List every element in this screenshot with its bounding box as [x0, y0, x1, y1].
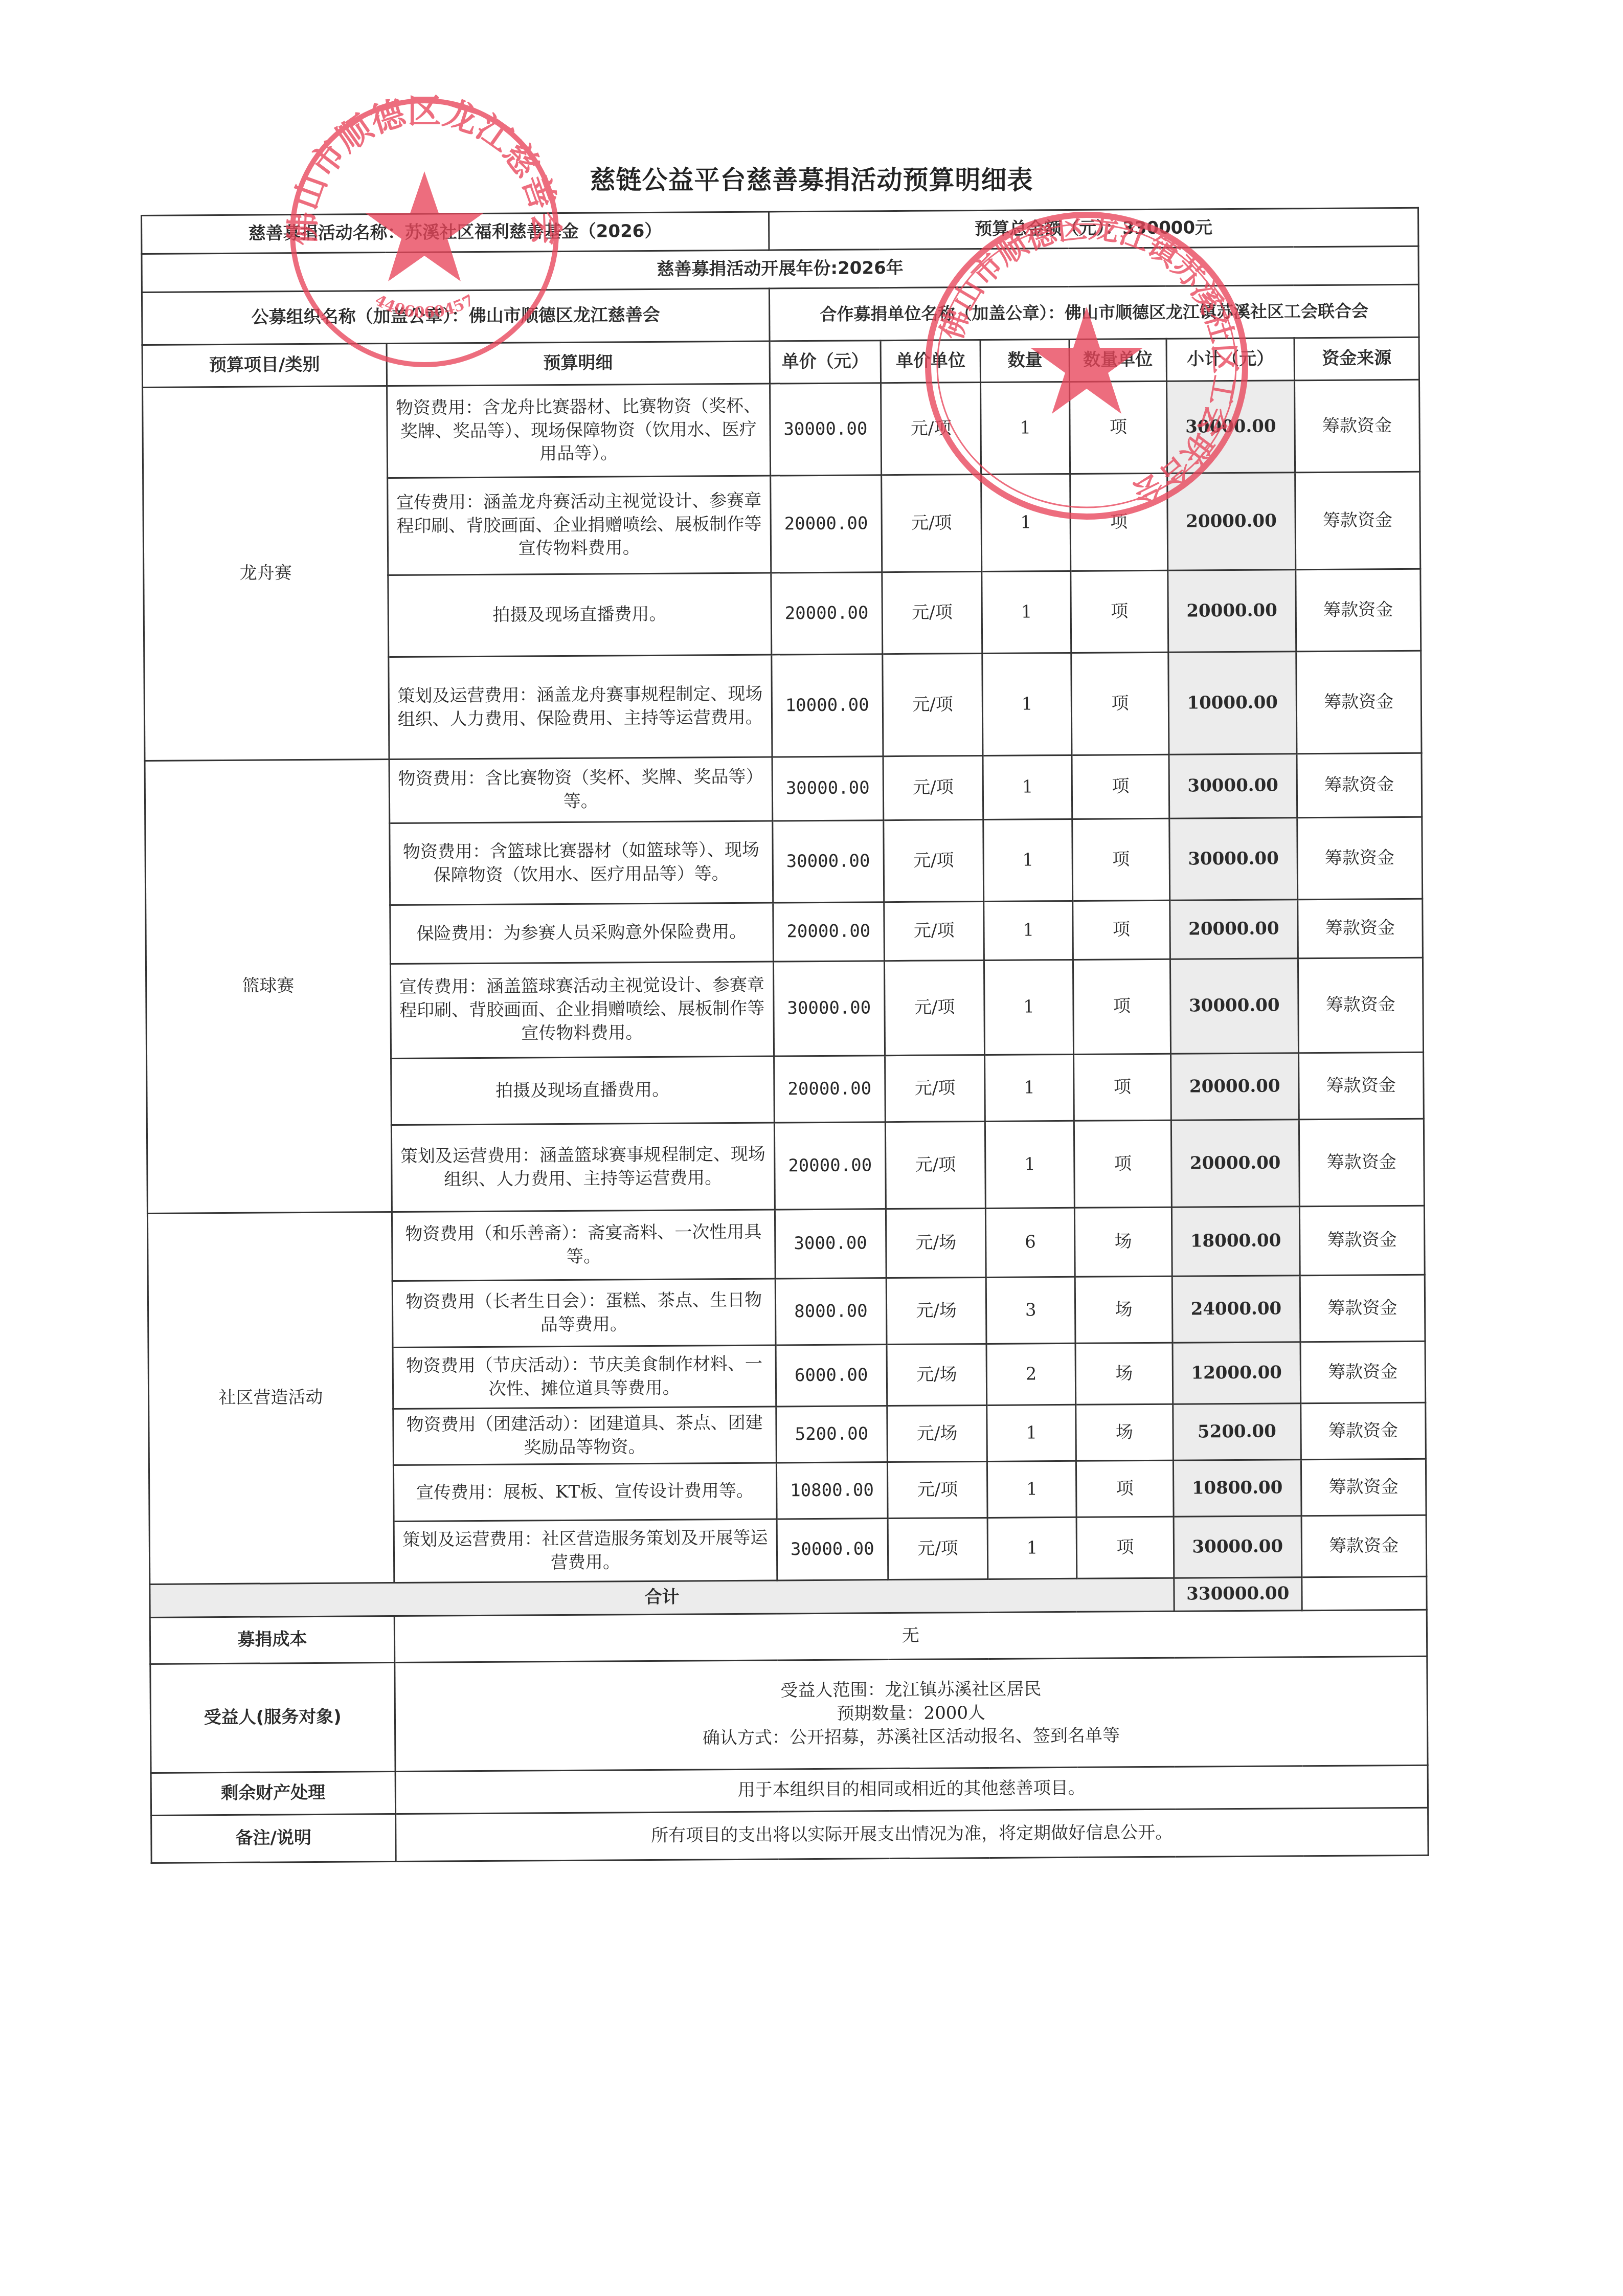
fund-source-cell: 筹款资金 [1295, 472, 1420, 569]
detail-cell: 保险费用：为参赛人员采购意外保险费用。 [390, 903, 773, 964]
unit-price-cell: 20000.00 [773, 902, 885, 962]
price-unit-cell: 元/项 [884, 901, 984, 961]
subtotal-cell: 30000.00 [1174, 1516, 1301, 1578]
detail-cell: 宣传费用：涵盖篮球赛活动主视觉设计、参赛章程印刷、背胶画面、企业捐赠喷绘、展板制… [390, 962, 774, 1059]
remarks-value: 所有项目的支出将以实际开展支出情况为准，将定期做好信息公开。 [395, 1808, 1428, 1861]
detail-cell: 物资费用：含龙舟比赛器材、比赛物资（奖杯、奖牌、奖品等）、现场保障物资（饮用水、… [387, 384, 770, 478]
unit-price-cell: 20000.00 [770, 475, 882, 573]
detail-cell: 物资费用：含篮球比赛器材（如篮球等）、现场保障物资（饮用水、医疗用品等）等。 [389, 821, 773, 905]
fund-source-cell: 筹款资金 [1294, 380, 1419, 472]
quantity-cell: 1 [982, 653, 1072, 755]
column-header: 数量 [980, 339, 1069, 382]
total-label: 合计 [150, 1578, 1174, 1617]
column-header: 单价单位 [881, 340, 981, 383]
quantity-unit-cell: 场 [1076, 1404, 1174, 1461]
subtotal-cell: 5200.00 [1173, 1403, 1301, 1461]
price-unit-cell: 元/项 [883, 653, 983, 756]
column-header: 资金来源 [1294, 337, 1419, 380]
detail-cell: 宣传费用：涵盖龙舟赛活动主视觉设计、参赛章程印刷、背胶画面、企业捐赠喷绘、展板制… [387, 476, 771, 575]
unit-price-cell: 30000.00 [770, 383, 881, 476]
organizer-cell: 公募组织名称（加盖公章）：佛山市顺德区龙江慈善会 [142, 288, 769, 345]
price-unit-cell: 元/项 [884, 960, 985, 1055]
quantity-unit-cell: 项 [1073, 900, 1170, 960]
fund-source-cell: 筹款资金 [1297, 753, 1422, 817]
unit-price-cell: 30000.00 [772, 756, 884, 821]
subtotal-cell: 24000.00 [1172, 1276, 1300, 1343]
unit-price-cell: 30000.00 [773, 961, 885, 1056]
partner-name: 佛山市顺德区龙江镇苏溪社区工会联合会 [1065, 301, 1368, 323]
detail-cell: 物资费用（节庆活动）：节庆美食制作材料、一次性、摊位道具等费用。 [393, 1345, 776, 1409]
quantity-unit-cell: 项 [1071, 570, 1168, 653]
detail-cell: 物资费用（和乐善斋）：斋宴斋料、一次性用具等。 [392, 1210, 775, 1281]
beneficiary-value: 受益人范围：龙江镇苏溪社区居民预期数量：2000人确认方式：公开招募，苏溪社区活… [394, 1656, 1428, 1771]
fund-source-cell: 筹款资金 [1298, 957, 1423, 1053]
quantity-cell: 1 [984, 960, 1074, 1055]
price-unit-cell: 元/场 [886, 1277, 986, 1344]
quantity-unit-cell: 项 [1073, 959, 1170, 1054]
table-row: 龙舟赛物资费用：含龙舟比赛器材、比赛物资（奖杯、奖牌、奖品等）、现场保障物资（饮… [143, 380, 1420, 479]
unit-price-cell: 20000.00 [774, 1056, 885, 1123]
price-unit-cell: 元/项 [882, 571, 982, 654]
subtotal-cell: 30000.00 [1166, 381, 1295, 474]
quantity-unit-cell: 项 [1072, 818, 1170, 901]
table-row: 社区营造活动物资费用（和乐善斋）：斋宴斋料、一次性用具等。3000.00元/场6… [147, 1206, 1425, 1282]
quantity-cell: 1 [985, 1054, 1074, 1121]
unit-price-cell: 10800.00 [776, 1462, 888, 1519]
quantity-cell: 1 [982, 571, 1071, 653]
subtotal-cell: 20000.00 [1168, 570, 1296, 653]
quantity-cell: 1 [984, 901, 1073, 960]
budget-document: 慈链公益平台慈善募捐活动预算明细表 慈善募捐活动名称：苏溪社区福利慈善基金（20… [0, 0, 1623, 2296]
activity-year: 2026年 [838, 258, 904, 279]
fund-source-cell: 筹款资金 [1299, 1206, 1425, 1275]
detail-cell: 策划及运营费用：涵盖篮球赛事规程制定、现场组织、人力费用、主持等运营费用。 [391, 1123, 775, 1212]
quantity-cell: 1 [987, 1461, 1076, 1518]
quantity-unit-cell: 场 [1075, 1276, 1173, 1343]
quantity-cell: 1 [981, 474, 1071, 571]
quantity-unit-cell: 项 [1074, 1120, 1171, 1208]
fund-source-cell: 筹款资金 [1300, 1275, 1425, 1342]
subtotal-cell: 20000.00 [1171, 1120, 1299, 1208]
column-header: 单价（元） [770, 341, 881, 384]
quantity-cell: 6 [986, 1208, 1075, 1277]
subtotal-cell: 30000.00 [1169, 818, 1298, 901]
price-unit-cell: 元/场 [887, 1344, 987, 1406]
unit-price-cell: 6000.00 [776, 1345, 887, 1407]
subtotal-cell: 20000.00 [1170, 900, 1298, 960]
quantity-unit-cell: 场 [1074, 1207, 1172, 1277]
category-cell: 篮球赛 [145, 760, 392, 1214]
fund-source-cell: 筹款资金 [1297, 817, 1422, 899]
price-unit-cell: 元/场 [887, 1405, 987, 1462]
quantity-unit-cell: 项 [1070, 381, 1167, 474]
subtotal-cell: 12000.00 [1173, 1342, 1300, 1405]
fundraising-cost-row: 募捐成本 无 [150, 1610, 1427, 1664]
fund-source-cell: 筹款资金 [1299, 1119, 1424, 1206]
quantity-unit-cell: 项 [1076, 1460, 1174, 1517]
detail-cell: 拍摄及现场直播费用。 [388, 573, 771, 657]
partner-cell: 合作募捐单位名称（加盖公章）：佛山市顺德区龙江镇苏溪社区工会联合会 [769, 284, 1419, 341]
price-unit-cell: 元/项 [887, 1461, 987, 1518]
detail-cell: 物资费用：含比赛物资（奖杯、奖牌、奖品等）等。 [389, 757, 773, 823]
subtotal-cell: 10800.00 [1173, 1460, 1301, 1517]
table-row: 篮球赛物资费用：含比赛物资（奖杯、奖牌、奖品等）等。30000.00元/项1项3… [145, 753, 1422, 824]
subtotal-cell: 30000.00 [1170, 958, 1298, 1054]
fund-source-cell: 筹款资金 [1297, 899, 1423, 958]
budget-sheet: 慈善募捐活动名称：苏溪社区福利慈善基金（2026） 预算总金额（元）：33000… [141, 207, 1429, 1864]
price-unit-cell: 元/项 [881, 382, 981, 475]
quantity-cell: 3 [986, 1277, 1075, 1344]
activity-name-cell: 慈善募捐活动名称：苏溪社区福利慈善基金（2026） [142, 212, 769, 254]
beneficiary-label: 受益人(服务对象) [150, 1663, 395, 1773]
total-source-empty [1301, 1576, 1427, 1610]
fund-source-cell: 筹款资金 [1298, 1052, 1424, 1119]
quantity-cell: 1 [987, 1517, 1076, 1579]
subtotal-cell: 20000.00 [1171, 1053, 1299, 1121]
budget-total-cell: 预算总金额（元）：330000元 [769, 208, 1418, 250]
quantity-cell: 1 [983, 819, 1073, 901]
category-cell: 社区营造活动 [147, 1212, 394, 1585]
unit-price-cell: 8000.00 [775, 1278, 887, 1345]
fund-source-cell: 筹款资金 [1295, 569, 1421, 651]
detail-cell: 策划及运营费用：涵盖龙舟赛事规程制定、现场组织、人力费用、保险费用、主持等运营费… [388, 655, 772, 760]
fundraising-cost-label: 募捐成本 [150, 1616, 394, 1664]
activity-name: 苏溪社区福利慈善基金（2026） [405, 221, 662, 243]
column-header: 预算项目/类别 [142, 344, 387, 388]
fund-source-cell: 筹款资金 [1296, 651, 1422, 753]
total-value: 330000.00 [1174, 1577, 1302, 1612]
quantity-cell: 1 [981, 382, 1070, 474]
category-cell: 龙舟赛 [143, 386, 389, 761]
document-title: 慈链公益平台慈善募捐活动预算明细表 [0, 160, 1623, 196]
detail-cell: 宣传费用：展板、KT板、宣传设计费用等。 [393, 1463, 777, 1522]
unit-price-cell: 30000.00 [777, 1519, 888, 1580]
organizer-row: 公募组织名称（加盖公章）：佛山市顺德区龙江慈善会 合作募捐单位名称（加盖公章）：… [142, 284, 1419, 345]
fund-source-cell: 筹款资金 [1301, 1459, 1426, 1515]
subtotal-cell: 18000.00 [1171, 1207, 1300, 1277]
quantity-unit-cell: 项 [1070, 473, 1168, 571]
detail-cell: 策划及运营费用：社区营造服务策划及开展等运营费用。 [394, 1519, 777, 1583]
fundraising-cost-value: 无 [394, 1610, 1427, 1662]
detail-cell: 物资费用（长者生日会）：蛋糕、茶点、生日物品等费用。 [392, 1279, 776, 1348]
quantity-cell: 1 [987, 1405, 1076, 1461]
fund-source-cell: 筹款资金 [1301, 1515, 1427, 1577]
price-unit-cell: 元/项 [882, 474, 982, 572]
unit-price-cell: 20000.00 [771, 572, 883, 655]
price-unit-cell: 元/项 [884, 819, 984, 902]
subtotal-cell: 30000.00 [1169, 754, 1297, 819]
price-unit-cell: 元/场 [886, 1208, 986, 1278]
subtotal-cell: 20000.00 [1167, 473, 1296, 571]
quantity-unit-cell: 项 [1071, 652, 1169, 755]
price-unit-cell: 元/项 [885, 1121, 985, 1209]
organizer-name: 佛山市顺德区龙江慈善会 [468, 305, 660, 326]
quantity-unit-cell: 项 [1076, 1517, 1174, 1578]
budget-table: 慈善募捐活动名称：苏溪社区福利慈善基金（2026） 预算总金额（元）：33000… [141, 207, 1429, 1864]
detail-cell: 物资费用（团建活动）：团建道具、茶点、团建奖励品等物资。 [393, 1407, 776, 1465]
fund-source-cell: 筹款资金 [1300, 1341, 1426, 1403]
column-header: 预算明细 [387, 341, 770, 386]
unit-price-cell: 5200.00 [776, 1406, 888, 1463]
unit-price-cell: 30000.00 [773, 820, 884, 903]
subtotal-cell: 10000.00 [1168, 652, 1297, 755]
quantity-cell: 1 [983, 755, 1072, 819]
unit-price-cell: 10000.00 [772, 654, 883, 757]
detail-cell: 拍摄及现场直播费用。 [391, 1056, 774, 1125]
quantity-cell: 1 [985, 1121, 1075, 1208]
unit-price-cell: 3000.00 [775, 1209, 886, 1279]
unit-price-cell: 20000.00 [774, 1122, 886, 1210]
beneficiary-row: 受益人(服务对象) 受益人范围：龙江镇苏溪社区居民预期数量：2000人确认方式：… [150, 1656, 1428, 1773]
quantity-unit-cell: 项 [1074, 1054, 1171, 1121]
surplus-value: 用于本组织目的相同或相近的其他慈善项目。 [395, 1765, 1428, 1814]
surplus-label: 剩余财产处理 [151, 1772, 395, 1816]
price-unit-cell: 元/项 [885, 1055, 985, 1122]
price-unit-cell: 元/项 [883, 755, 983, 820]
price-unit-cell: 元/项 [888, 1518, 988, 1579]
quantity-unit-cell: 项 [1072, 754, 1169, 819]
column-header: 小计（元） [1166, 338, 1294, 382]
column-header-row: 预算项目/类别预算明细单价（元）单价单位数量数量单位小计（元）资金来源 [142, 337, 1419, 387]
budget-total: 330000元 [1122, 217, 1212, 238]
remarks-row: 备注/说明 所有项目的支出将以实际开展支出情况为准，将定期做好信息公开。 [151, 1808, 1429, 1863]
remarks-label: 备注/说明 [151, 1814, 396, 1863]
column-header: 数量单位 [1069, 339, 1166, 382]
quantity-cell: 2 [986, 1343, 1075, 1405]
fund-source-cell: 筹款资金 [1300, 1402, 1426, 1459]
quantity-unit-cell: 场 [1075, 1343, 1173, 1405]
surplus-row: 剩余财产处理 用于本组织目的相同或相近的其他慈善项目。 [151, 1765, 1428, 1815]
